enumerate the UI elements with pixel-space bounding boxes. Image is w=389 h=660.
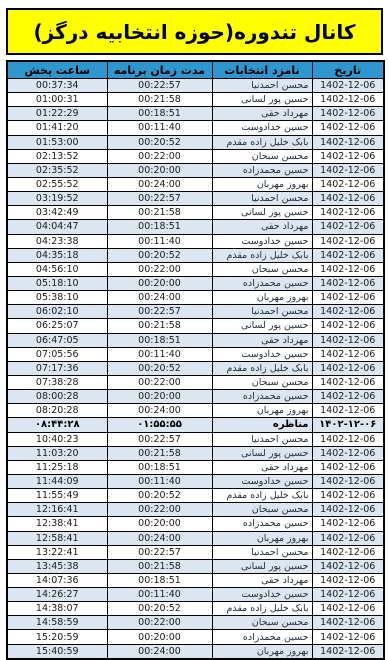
cell-start: 01:00:31 bbox=[7, 93, 107, 107]
table-row: 1402-12-06محسن احمدنیا00:22:5703:19:52 bbox=[7, 192, 384, 206]
cell-duration: 00:11:40 bbox=[107, 234, 212, 248]
table-row: 1402-12-06محسن سبحان00:22:0007:38:28 bbox=[7, 375, 384, 389]
cell-duration: ۰۱:۵۵:۵۵ bbox=[107, 418, 212, 432]
cell-date: 1402-12-06 bbox=[312, 361, 384, 375]
cell-date: 1402-12-06 bbox=[312, 248, 384, 262]
cell-start: 07:38:28 bbox=[7, 375, 107, 389]
table-row: 1402-12-06حسین محمدزاده00:20:0015:20:59 bbox=[7, 630, 384, 644]
cell-duration: 00:24:00 bbox=[107, 177, 212, 191]
cell-candidate: محسن احمدنیا bbox=[212, 192, 312, 206]
table-row: 1402-12-06محسن احمدنیا00:22:5706:02:10 bbox=[7, 305, 384, 319]
cell-duration: 00:11:40 bbox=[107, 347, 212, 361]
cell-candidate: محسن سبحان bbox=[212, 149, 312, 163]
cell-duration: 00:22:57 bbox=[107, 192, 212, 206]
cell-start: 08:00:28 bbox=[7, 390, 107, 404]
table-row: 1402-12-06حسین پور لسانی00:21:5806:25:07 bbox=[7, 319, 384, 333]
channel-title: کانال تندوره(حوزه انتخابیه درگز) bbox=[33, 20, 355, 44]
cell-date: 1402-12-06 bbox=[312, 192, 384, 206]
cell-duration: 00:20:52 bbox=[107, 489, 212, 503]
cell-duration: 00:22:00 bbox=[107, 616, 212, 630]
cell-duration: 00:22:57 bbox=[107, 432, 212, 446]
cell-date: 1402-12-06 bbox=[312, 149, 384, 163]
cell-candidate: محسن سبحان bbox=[212, 503, 312, 517]
cell-date: 1402-12-06 bbox=[312, 79, 384, 93]
cell-candidate: حسین پور لسانی bbox=[212, 446, 312, 460]
cell-date: 1402-12-06 bbox=[312, 460, 384, 474]
cell-candidate: حسین پور لسانی bbox=[212, 206, 312, 220]
table-row: 1402-12-06محسن سبحان00:22:0012:16:41 bbox=[7, 503, 384, 517]
cell-start: 05:18:10 bbox=[7, 276, 107, 290]
table-row: 1402-12-06بابک خلیل زاده مقدم00:20:5211:… bbox=[7, 489, 384, 503]
cell-candidate: مهرداد حقی bbox=[212, 460, 312, 474]
cell-date: 1402-12-06 bbox=[312, 446, 384, 460]
cell-candidate: مهرداد حقی bbox=[212, 333, 312, 347]
cell-date: 1402-12-06 bbox=[312, 333, 384, 347]
cell-start: 02:35:52 bbox=[7, 163, 107, 177]
table-row: 1402-12-06مهرداد حقی00:18:5101:22:29 bbox=[7, 107, 384, 121]
cell-candidate: مهرداد حقی bbox=[212, 573, 312, 587]
page: { "title": "کانال تندوره(حوزه انتخابیه د… bbox=[0, 0, 389, 640]
cell-date: 1402-12-06 bbox=[312, 305, 384, 319]
cell-date: 1402-12-06 bbox=[312, 503, 384, 517]
cell-duration: 00:18:51 bbox=[107, 460, 212, 474]
cell-duration: 00:21:58 bbox=[107, 319, 212, 333]
cell-duration: 00:22:57 bbox=[107, 79, 212, 93]
cell-start: 05:38:10 bbox=[7, 291, 107, 305]
cell-candidate: بهروز مهربان bbox=[212, 404, 312, 418]
cell-start: 11:55:49 bbox=[7, 489, 107, 503]
cell-candidate: محسن احمدنیا bbox=[212, 432, 312, 446]
table-row: 1402-12-06مهرداد حقی00:18:5104:04:47 bbox=[7, 220, 384, 234]
cell-duration: 00:18:51 bbox=[107, 333, 212, 347]
cell-candidate: بهروز مهربان bbox=[212, 291, 312, 305]
cell-duration: 00:20:52 bbox=[107, 602, 212, 616]
cell-duration: 00:20:00 bbox=[107, 630, 212, 644]
cell-candidate: حسین محمدزاده bbox=[212, 390, 312, 404]
cell-candidate: بابک خلیل زاده مقدم bbox=[212, 135, 312, 149]
cell-start: 00:37:34 bbox=[7, 79, 107, 93]
cell-candidate: بهروز مهربان bbox=[212, 644, 312, 659]
cell-date: 1402-12-06 bbox=[312, 93, 384, 107]
cell-date: 1402-12-06 bbox=[312, 474, 384, 488]
cell-date: 1402-12-06 bbox=[312, 644, 384, 659]
cell-candidate: حسین محمدزاده bbox=[212, 276, 312, 290]
cell-candidate: بهروز مهربان bbox=[212, 177, 312, 191]
cell-date: 1402-12-06 bbox=[312, 220, 384, 234]
cell-start: 03:42:49 bbox=[7, 206, 107, 220]
cell-duration: 00:24:00 bbox=[107, 291, 212, 305]
cell-candidate: مهرداد حقی bbox=[212, 220, 312, 234]
cell-date: 1402-12-06 bbox=[312, 319, 384, 333]
table-row: 1402-12-06مهرداد حقی00:18:5114:07:36 bbox=[7, 573, 384, 587]
table-row: 1402-12-06بهروز مهربان00:24:0005:38:10 bbox=[7, 291, 384, 305]
cell-candidate: حسین محمدزاده bbox=[212, 517, 312, 531]
cell-date: 1402-12-06 bbox=[312, 602, 384, 616]
cell-candidate: حسین خدادوست bbox=[212, 588, 312, 602]
cell-duration: 00:11:40 bbox=[107, 588, 212, 602]
cell-start: ۰۸:۴۴:۲۸ bbox=[7, 418, 107, 432]
table-row: 1402-12-06حسین خدادوست00:11:4001:41:20 bbox=[7, 121, 384, 135]
table-row: 1402-12-06بابک خلیل زاده مقدم00:20:5204:… bbox=[7, 248, 384, 262]
cell-duration: 00:21:58 bbox=[107, 559, 212, 573]
cell-candidate: حسین خدادوست bbox=[212, 121, 312, 135]
cell-duration: 00:24:00 bbox=[107, 404, 212, 418]
cell-date: 1402-12-06 bbox=[312, 404, 384, 418]
cell-date: ۱۴۰۲-۱۲-۰۶ bbox=[312, 418, 384, 432]
cell-date: 1402-12-06 bbox=[312, 517, 384, 531]
cell-start: 06:47:05 bbox=[7, 333, 107, 347]
cell-duration: 00:22:00 bbox=[107, 262, 212, 276]
cell-candidate: حسین پور لسانی bbox=[212, 319, 312, 333]
cell-candidate: محسن احمدنیا bbox=[212, 79, 312, 93]
cell-start: 02:13:52 bbox=[7, 149, 107, 163]
cell-start: 14:38:07 bbox=[7, 602, 107, 616]
table-row: 1402-12-06بابک خلیل زاده مقدم00:20:5201:… bbox=[7, 135, 384, 149]
cell-candidate: حسین محمدزاده bbox=[212, 630, 312, 644]
cell-date: 1402-12-06 bbox=[312, 588, 384, 602]
cell-start: 04:04:47 bbox=[7, 220, 107, 234]
cell-duration: 00:22:00 bbox=[107, 375, 212, 389]
cell-duration: 00:22:57 bbox=[107, 545, 212, 559]
table-row: 1402-12-06بهروز مهربان00:24:0002:55:52 bbox=[7, 177, 384, 191]
cell-duration: 00:20:00 bbox=[107, 390, 212, 404]
cell-start: 14:26:27 bbox=[7, 588, 107, 602]
cell-start: 02:55:52 bbox=[7, 177, 107, 191]
cell-date: 1402-12-06 bbox=[312, 276, 384, 290]
cell-duration: 00:22:57 bbox=[107, 305, 212, 319]
cell-date: 1402-12-06 bbox=[312, 135, 384, 149]
table-row: 1402-12-06بابک خلیل زاده مقدم00:20:5214:… bbox=[7, 602, 384, 616]
cell-date: 1402-12-06 bbox=[312, 432, 384, 446]
cell-start: 12:38:41 bbox=[7, 517, 107, 531]
cell-candidate: محسن سبحان bbox=[212, 616, 312, 630]
table-row: 1402-12-06محسن سبحان00:22:0002:13:52 bbox=[7, 149, 384, 163]
cell-start: 01:22:29 bbox=[7, 107, 107, 121]
cell-duration: 00:21:58 bbox=[107, 446, 212, 460]
cell-date: 1402-12-06 bbox=[312, 489, 384, 503]
table-row: 1402-12-06محسن سبحان00:22:0014:58:59 bbox=[7, 616, 384, 630]
cell-candidate: حسین پور لسانی bbox=[212, 559, 312, 573]
schedule-table-body: 1402-12-06محسن احمدنیا00:22:5700:37:3414… bbox=[7, 79, 384, 659]
cell-duration: 00:11:40 bbox=[107, 121, 212, 135]
cell-start: 15:20:59 bbox=[7, 630, 107, 644]
table-row: 1402-12-06مهرداد حقی00:18:5106:47:05 bbox=[7, 333, 384, 347]
cell-date: 1402-12-06 bbox=[312, 390, 384, 404]
header-row: تاریخ نامزد انتخابات مدت زمان برنامه ساع… bbox=[7, 61, 384, 79]
cell-duration: 00:24:00 bbox=[107, 644, 212, 659]
table-row: 1402-12-06بهروز مهربان00:24:0008:20:28 bbox=[7, 404, 384, 418]
cell-duration: 00:20:00 bbox=[107, 163, 212, 177]
table-row: 1402-12-06حسین خدادوست00:11:4014:26:27 bbox=[7, 588, 384, 602]
table-row: 1402-12-06محسن احمدنیا00:22:5713:22:41 bbox=[7, 545, 384, 559]
cell-candidate: بابک خلیل زاده مقدم bbox=[212, 602, 312, 616]
cell-candidate: محسن احمدنیا bbox=[212, 545, 312, 559]
cell-start: 11:25:18 bbox=[7, 460, 107, 474]
cell-start: 01:53:00 bbox=[7, 135, 107, 149]
table-row: 1402-12-06حسین خدادوست00:11:4007:05:56 bbox=[7, 347, 384, 361]
cell-duration: 00:22:00 bbox=[107, 503, 212, 517]
cell-start: 01:41:20 bbox=[7, 121, 107, 135]
cell-start: 06:25:07 bbox=[7, 319, 107, 333]
table-row: 1402-12-06بهروز مهربان00:24:0012:58:41 bbox=[7, 531, 384, 545]
cell-date: 1402-12-06 bbox=[312, 559, 384, 573]
table-row: 1402-12-06حسین محمدزاده00:20:0005:18:10 bbox=[7, 276, 384, 290]
cell-start: 14:07:36 bbox=[7, 573, 107, 587]
cell-date: 1402-12-06 bbox=[312, 107, 384, 121]
table-row: 1402-12-06حسین خدادوست00:11:4004:23:38 bbox=[7, 234, 384, 248]
cell-start: 03:19:52 bbox=[7, 192, 107, 206]
cell-duration: 00:20:00 bbox=[107, 276, 212, 290]
cell-candidate: مناظره bbox=[212, 418, 312, 432]
cell-date: 1402-12-06 bbox=[312, 531, 384, 545]
cell-candidate: حسین خدادوست bbox=[212, 234, 312, 248]
cell-start: 08:20:28 bbox=[7, 404, 107, 418]
table-row: 1402-12-06حسین خدادوست00:11:4011:44:09 bbox=[7, 474, 384, 488]
cell-duration: 00:11:40 bbox=[107, 474, 212, 488]
channel-title-box: کانال تندوره(حوزه انتخابیه درگز) bbox=[6, 8, 383, 55]
cell-start: 07:17:36 bbox=[7, 361, 107, 375]
cell-start: 12:58:41 bbox=[7, 531, 107, 545]
table-row: 1402-12-06حسین محمدزاده00:20:0008:00:28 bbox=[7, 390, 384, 404]
cell-date: 1402-12-06 bbox=[312, 234, 384, 248]
table-row: 1402-12-06محسن احمدنیا00:22:5700:37:34 bbox=[7, 79, 384, 93]
cell-candidate: بابک خلیل زاده مقدم bbox=[212, 248, 312, 262]
cell-start: 13:22:41 bbox=[7, 545, 107, 559]
cell-candidate: حسین محمدزاده bbox=[212, 163, 312, 177]
cell-start: 04:35:18 bbox=[7, 248, 107, 262]
cell-start: 11:03:20 bbox=[7, 446, 107, 460]
table-row: 1402-12-06حسین محمدزاده00:20:0002:35:52 bbox=[7, 163, 384, 177]
table-row: 1402-12-06بهروز مهربان00:24:0015:40:59 bbox=[7, 644, 384, 659]
table-row: 1402-12-06بابک خلیل زاده مقدم00:20:5207:… bbox=[7, 361, 384, 375]
cell-duration: 00:21:58 bbox=[107, 93, 212, 107]
table-row-debate: ۱۴۰۲-۱۲-۰۶مناظره۰۱:۵۵:۵۵۰۸:۴۴:۲۸ bbox=[7, 418, 384, 432]
col-header-date: تاریخ bbox=[312, 61, 384, 79]
cell-duration: 00:18:51 bbox=[107, 573, 212, 587]
cell-start: 14:58:59 bbox=[7, 616, 107, 630]
cell-duration: 00:22:00 bbox=[107, 149, 212, 163]
cell-duration: 00:18:51 bbox=[107, 107, 212, 121]
cell-candidate: حسین خدادوست bbox=[212, 347, 312, 361]
cell-date: 1402-12-06 bbox=[312, 375, 384, 389]
cell-duration: 00:20:00 bbox=[107, 517, 212, 531]
cell-candidate: محسن سبحان bbox=[212, 375, 312, 389]
cell-date: 1402-12-06 bbox=[312, 573, 384, 587]
table-row: 1402-12-06حسین پور لسانی00:21:5813:45:38 bbox=[7, 559, 384, 573]
cell-date: 1402-12-06 bbox=[312, 291, 384, 305]
cell-date: 1402-12-06 bbox=[312, 163, 384, 177]
cell-candidate: مهرداد حقی bbox=[212, 107, 312, 121]
schedule-table: تاریخ نامزد انتخابات مدت زمان برنامه ساع… bbox=[6, 60, 385, 660]
cell-start: 12:16:41 bbox=[7, 503, 107, 517]
cell-start: 04:56:10 bbox=[7, 262, 107, 276]
cell-duration: 00:18:51 bbox=[107, 220, 212, 234]
col-header-broadcast-time: ساعت پخش bbox=[7, 61, 107, 79]
table-row: 1402-12-06حسین پور لسانی00:21:5801:00:31 bbox=[7, 93, 384, 107]
cell-duration: 00:24:00 bbox=[107, 531, 212, 545]
cell-candidate: حسین خدادوست bbox=[212, 474, 312, 488]
cell-date: 1402-12-06 bbox=[312, 616, 384, 630]
cell-start: 11:44:09 bbox=[7, 474, 107, 488]
table-row: 1402-12-06مهرداد حقی00:18:5111:25:18 bbox=[7, 460, 384, 474]
cell-start: 15:40:59 bbox=[7, 644, 107, 659]
cell-date: 1402-12-06 bbox=[312, 347, 384, 361]
cell-duration: 00:20:52 bbox=[107, 248, 212, 262]
cell-start: 06:02:10 bbox=[7, 305, 107, 319]
table-row: 1402-12-06حسین محمدزاده00:20:0012:38:41 bbox=[7, 517, 384, 531]
cell-date: 1402-12-06 bbox=[312, 630, 384, 644]
cell-duration: 00:21:58 bbox=[107, 206, 212, 220]
cell-date: 1402-12-06 bbox=[312, 262, 384, 276]
cell-start: 04:23:38 bbox=[7, 234, 107, 248]
col-header-candidate: نامزد انتخابات bbox=[212, 61, 312, 79]
cell-date: 1402-12-06 bbox=[312, 177, 384, 191]
table-row: 1402-12-06محسن احمدنیا00:22:5710:40:23 bbox=[7, 432, 384, 446]
cell-date: 1402-12-06 bbox=[312, 206, 384, 220]
table-row: 1402-12-06حسین پور لسانی00:21:5803:42:49 bbox=[7, 206, 384, 220]
cell-duration: 00:20:52 bbox=[107, 135, 212, 149]
cell-date: 1402-12-06 bbox=[312, 545, 384, 559]
cell-candidate: محسن احمدنیا bbox=[212, 305, 312, 319]
table-row: 1402-12-06حسین پور لسانی00:21:5811:03:20 bbox=[7, 446, 384, 460]
cell-start: 07:05:56 bbox=[7, 347, 107, 361]
cell-duration: 00:20:52 bbox=[107, 361, 212, 375]
cell-candidate: بابک خلیل زاده مقدم bbox=[212, 361, 312, 375]
col-header-duration: مدت زمان برنامه bbox=[107, 61, 212, 79]
cell-candidate: محسن سبحان bbox=[212, 262, 312, 276]
cell-date: 1402-12-06 bbox=[312, 121, 384, 135]
cell-candidate: بهروز مهربان bbox=[212, 531, 312, 545]
cell-start: 13:45:38 bbox=[7, 559, 107, 573]
cell-start: 10:40:23 bbox=[7, 432, 107, 446]
table-row: 1402-12-06محسن سبحان00:22:0004:56:10 bbox=[7, 262, 384, 276]
cell-candidate: حسین پور لسانی bbox=[212, 93, 312, 107]
cell-candidate: بابک خلیل زاده مقدم bbox=[212, 489, 312, 503]
